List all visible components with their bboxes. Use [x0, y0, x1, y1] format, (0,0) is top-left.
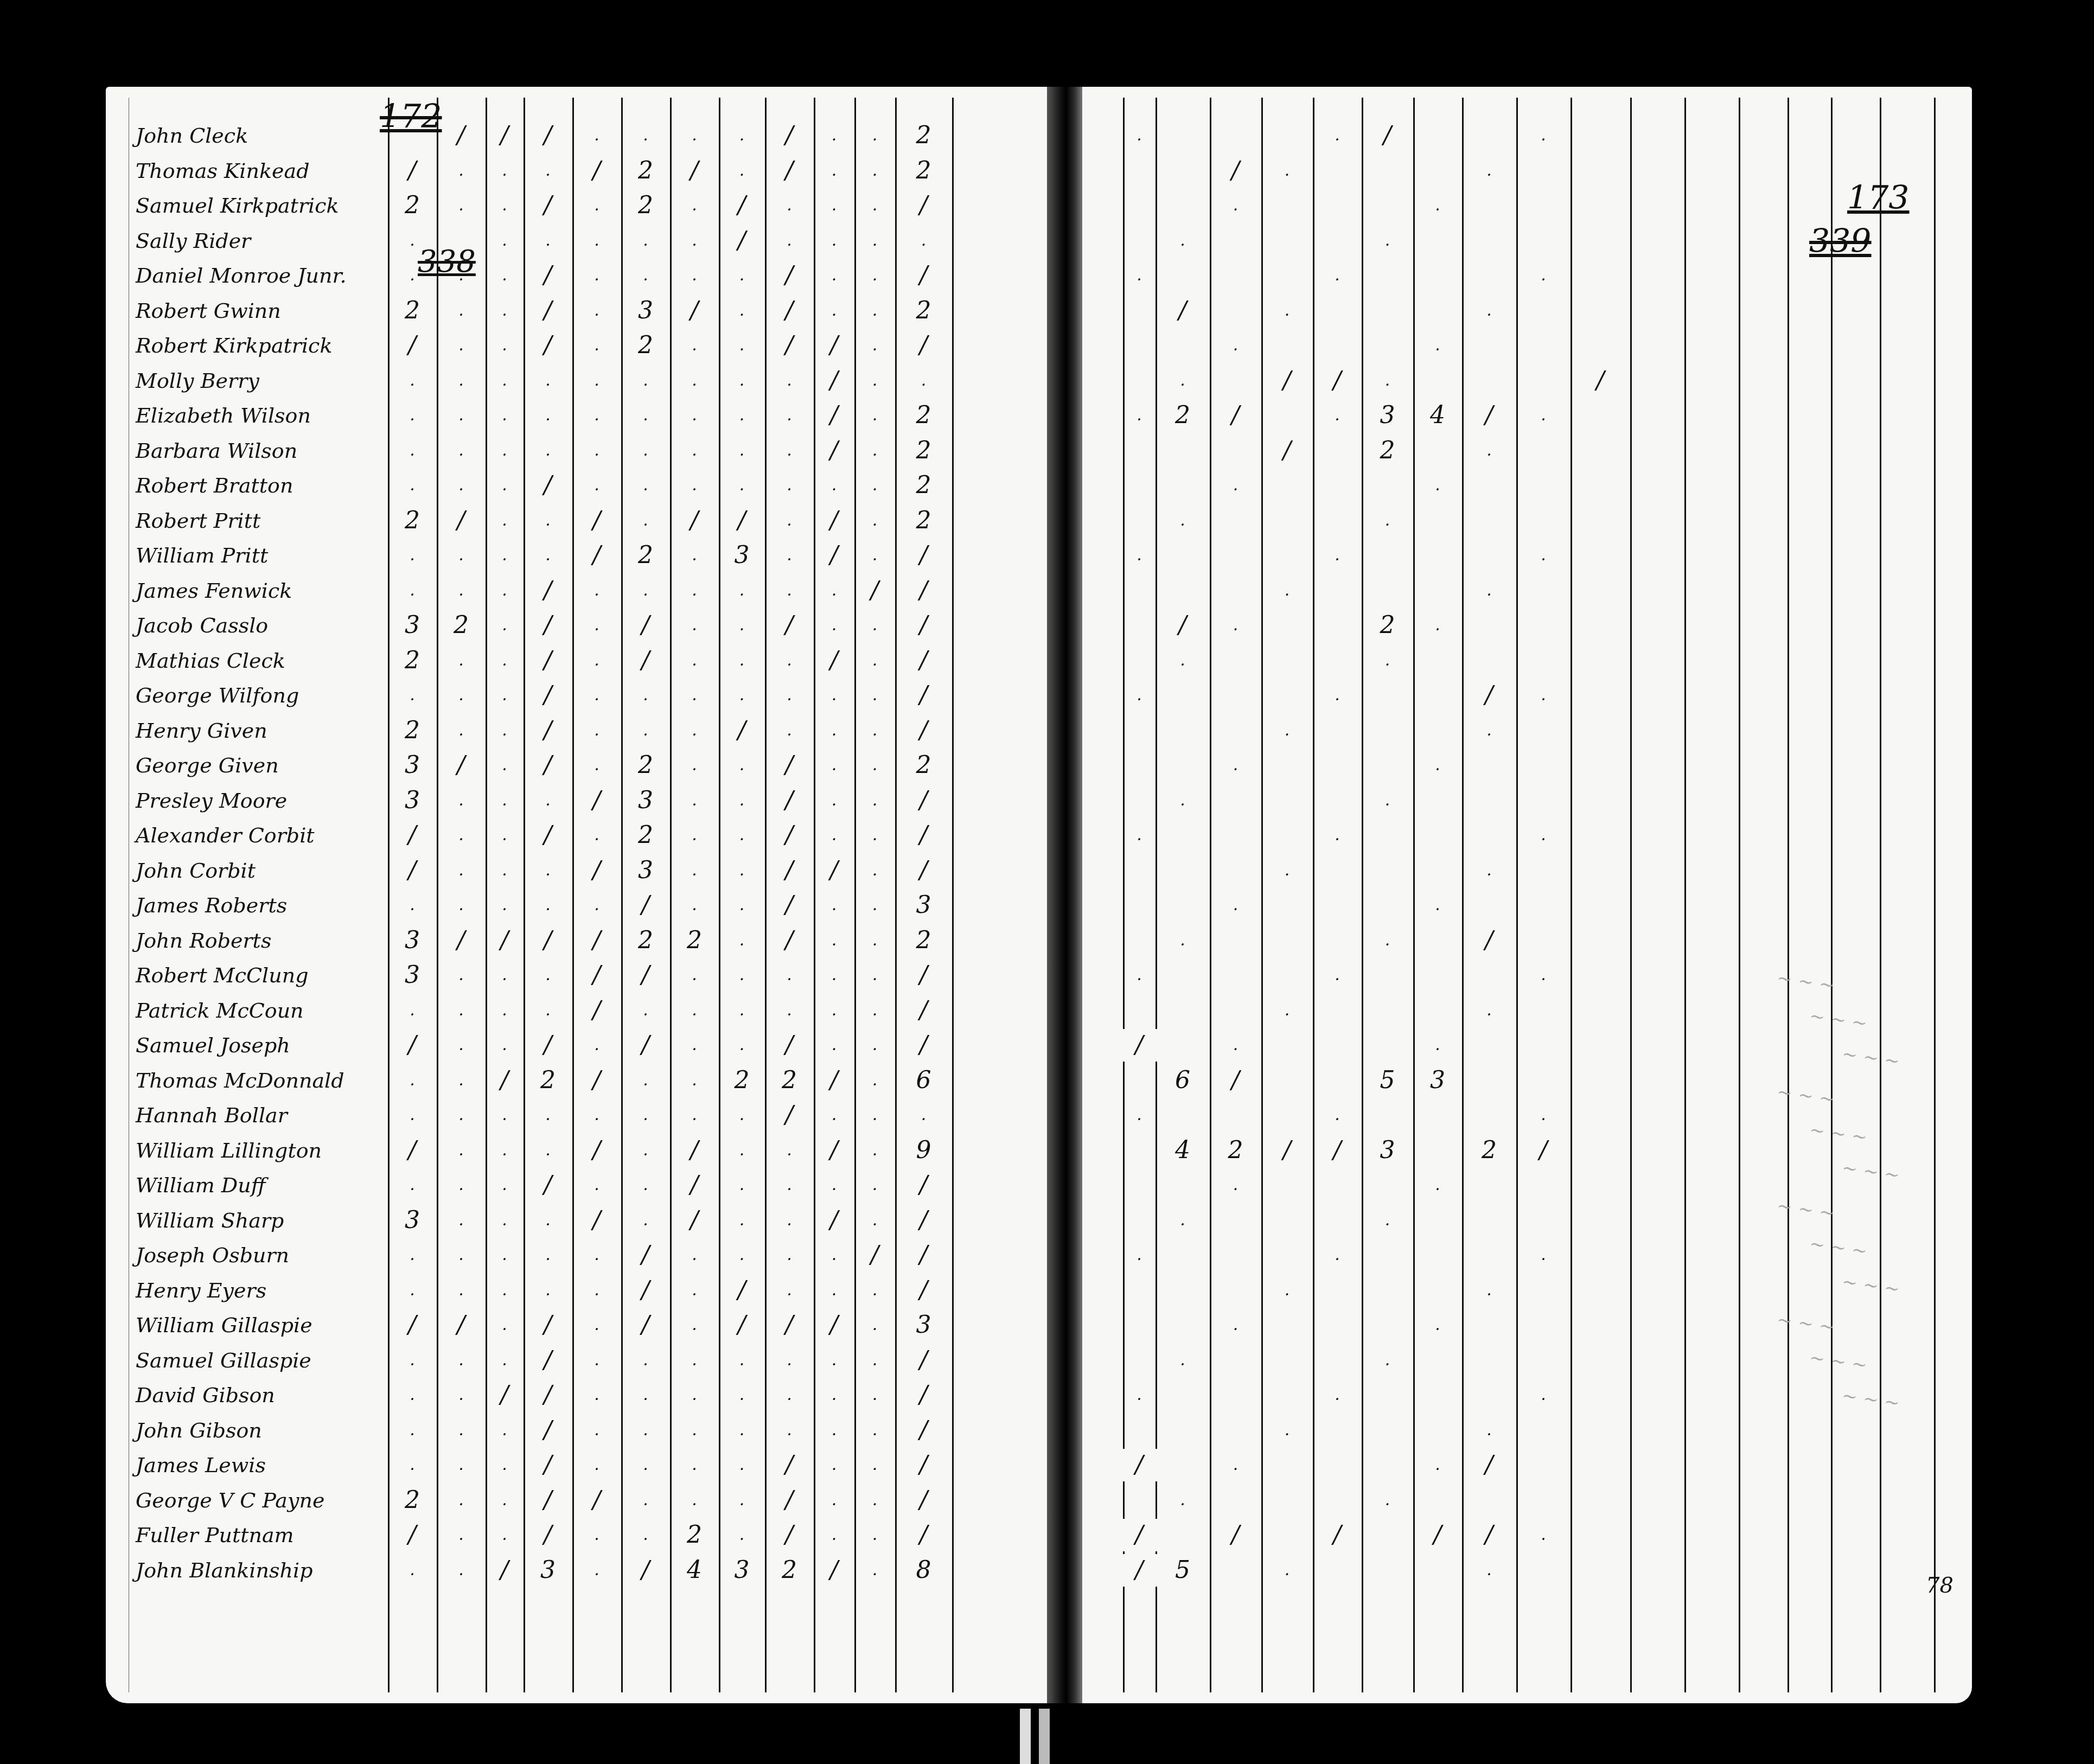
tally-cell: .: [575, 679, 618, 712]
tally-cell: .: [813, 1099, 856, 1132]
tally-cell: /: [902, 1204, 946, 1237]
empty-cell: .: [1467, 295, 1511, 327]
tally-cell: /: [526, 609, 570, 642]
empty-cell: [1214, 504, 1257, 537]
tally-cell: .: [526, 854, 570, 887]
tally-cell: 3: [624, 295, 667, 327]
right-page-number-alt: 339: [1809, 222, 1872, 260]
empty-cell: [1416, 539, 1459, 572]
empty-cell: .: [1522, 1239, 1565, 1271]
tally-cell: /: [624, 1554, 667, 1587]
tally-cell: .: [439, 854, 483, 887]
tally-cell: .: [575, 469, 618, 502]
empty-cell: .: [1118, 819, 1161, 852]
tally-cell: .: [439, 1274, 483, 1307]
tally-cell: .: [853, 784, 897, 817]
tally-cell: /: [526, 119, 570, 152]
table-row: Elizabeth Wilson........./.2: [106, 399, 1047, 432]
tally-cell: /: [1467, 1519, 1511, 1551]
tally-cell: /: [1118, 1449, 1161, 1481]
empty-cell: .: [1266, 1274, 1309, 1307]
empty-cell: .: [1161, 1204, 1204, 1237]
empty-cell: [1118, 854, 1161, 887]
tally-cell: /: [1366, 119, 1409, 152]
table-row: Thomas McDonnald../2/..22/.6: [106, 1064, 1047, 1097]
tally-cell: /: [768, 1029, 811, 1062]
empty-cell: [1467, 1064, 1511, 1097]
household-name: George Wilfong: [136, 679, 407, 712]
tally-cell: /: [902, 1239, 946, 1271]
table-row: Samuel Joseph/.././../../: [106, 1029, 1047, 1062]
bookmark-ribbon: [1039, 1709, 1050, 1764]
table-row: John Blankinship../3./432/.8: [106, 1554, 1047, 1587]
tally-cell: .: [624, 259, 667, 292]
column-rule: [1570, 98, 1572, 1692]
empty-cell: [1161, 679, 1204, 712]
tally-cell: .: [673, 644, 716, 677]
tally-cell: .: [575, 1414, 618, 1447]
tally-cell: .: [483, 889, 526, 922]
tally-cell: /: [575, 155, 618, 187]
tally-cell: /: [391, 854, 434, 887]
tally-cell: /: [902, 1379, 946, 1411]
empty-cell: [1416, 1239, 1459, 1271]
empty-cell: [1214, 1204, 1257, 1237]
tally-cell: .: [526, 539, 570, 572]
household-name: James Fenwick: [136, 574, 407, 607]
tally-cell: .: [853, 1554, 897, 1587]
empty-cell: .: [1266, 714, 1309, 747]
tally-cell: .: [720, 644, 764, 677]
empty-cell: [1522, 225, 1565, 257]
empty-cell: [1467, 1169, 1511, 1201]
empty-cell: [1316, 714, 1359, 747]
empty-cell: [1416, 1484, 1459, 1517]
household-name: Henry Given: [136, 714, 407, 747]
tally-cell: .: [391, 889, 434, 922]
tally-cell: .: [439, 539, 483, 572]
tally-cell: .: [768, 504, 811, 537]
tally-cell: .: [624, 1204, 667, 1237]
tally-cell: .: [439, 644, 483, 677]
tally-cell: .: [853, 504, 897, 537]
tally-cell: /: [813, 1554, 856, 1587]
empty-cell: .: [1214, 1449, 1257, 1481]
empty-cell: [1161, 539, 1204, 572]
empty-cell: .: [1316, 679, 1359, 712]
empty-cell: .: [1161, 1344, 1204, 1377]
empty-cell: .: [1467, 155, 1511, 187]
tally-cell: .: [391, 1554, 434, 1587]
tally-cell: .: [624, 994, 667, 1027]
empty-cell: [1266, 1239, 1309, 1271]
tally-cell: .: [720, 1414, 764, 1447]
empty-cell: [1366, 749, 1409, 782]
empty-cell: [1266, 609, 1309, 642]
tally-cell: .: [853, 994, 897, 1027]
tally-cell: /: [902, 539, 946, 572]
empty-cell: [1316, 1449, 1359, 1481]
tally-cell: .: [853, 1414, 897, 1447]
tally-cell: /: [902, 609, 946, 642]
tally-cell: .: [391, 469, 434, 502]
tally-cell: /: [673, 1134, 716, 1167]
table-row: James Fenwick.../......//: [106, 574, 1047, 607]
tally-cell: .: [526, 504, 570, 537]
tally-cell: .: [624, 504, 667, 537]
empty-cell: [1366, 889, 1409, 922]
tally-cell: /: [673, 1169, 716, 1201]
ink-bleed-through: ~ ~ ~: [1776, 1195, 1836, 1225]
tally-cell: .: [720, 259, 764, 292]
empty-cell: [1266, 399, 1309, 432]
tally-cell: /: [624, 1309, 667, 1341]
tally-cell: 4: [1416, 399, 1459, 432]
table-row: Fuller Puttnam/../..2./../: [106, 1519, 1047, 1551]
household-name: Henry Eyers: [136, 1274, 407, 1307]
empty-cell: [1118, 155, 1161, 187]
tally-cell: /: [902, 259, 946, 292]
tally-cell: .: [391, 1449, 434, 1481]
table-row: Robert Pritt2/.././/./.2: [106, 504, 1047, 537]
tally-cell: .: [439, 1554, 483, 1587]
household-name: Samuel Kirkpatrick: [136, 189, 407, 222]
empty-cell: [1522, 1274, 1565, 1307]
tally-cell: .: [720, 295, 764, 327]
empty-cell: .: [1522, 399, 1565, 432]
tally-cell: .: [391, 539, 434, 572]
tally-cell: /: [768, 295, 811, 327]
empty-cell: [1161, 1309, 1204, 1341]
empty-cell: .: [1161, 504, 1204, 537]
empty-cell: [1214, 574, 1257, 607]
empty-cell: [1522, 854, 1565, 887]
household-name: Robert McClung: [136, 959, 407, 992]
tally-cell: .: [768, 994, 811, 1027]
empty-cell: [1467, 1344, 1511, 1377]
tally-cell: .: [853, 819, 897, 852]
tally-cell: .: [673, 1099, 716, 1132]
ink-bleed-through: ~ ~ ~: [1841, 1385, 1901, 1415]
ink-bleed-through: ~ ~ ~: [1808, 1005, 1869, 1035]
tally-cell: .: [575, 1449, 618, 1481]
tally-cell: .: [391, 679, 434, 712]
empty-cell: .: [1366, 1484, 1409, 1517]
empty-cell: [1266, 784, 1309, 817]
tally-cell: /: [768, 854, 811, 887]
table-row: Mathias Cleck2.././..././: [106, 644, 1047, 677]
tally-cell: 2: [768, 1554, 811, 1587]
tally-cell: .: [853, 1064, 897, 1097]
tally-cell: /: [391, 155, 434, 187]
table-row: William Gillaspie//./././//.3: [106, 1309, 1047, 1341]
tally-cell: .: [673, 434, 716, 467]
tally-cell: .: [439, 189, 483, 222]
tally-cell: .: [439, 1449, 483, 1481]
empty-cell: [1366, 259, 1409, 292]
tally-cell: /: [1118, 1029, 1161, 1062]
tally-cell: .: [673, 119, 716, 152]
empty-cell: [1161, 1379, 1204, 1411]
tally-cell: 2: [624, 924, 667, 957]
tally-cell: .: [853, 1309, 897, 1341]
tally-cell: 3: [526, 1554, 570, 1587]
household-name: Sally Rider: [136, 225, 407, 257]
tally-cell: .: [526, 1134, 570, 1167]
empty-cell: [1522, 504, 1565, 537]
empty-cell: [1366, 155, 1409, 187]
empty-cell: [1467, 469, 1511, 502]
table-row: John Corbit/.../3..//./: [106, 854, 1047, 887]
tally-cell: /: [483, 924, 526, 957]
empty-cell: .: [1522, 819, 1565, 852]
empty-cell: [1316, 1344, 1359, 1377]
empty-cell: [1416, 1274, 1459, 1307]
tally-cell: /: [813, 1309, 856, 1341]
tally-cell: /: [813, 1134, 856, 1167]
tally-cell: .: [720, 609, 764, 642]
tally-cell: .: [673, 854, 716, 887]
ledger-spread: 172 338 John Cleck///..../..2Thomas Kink…: [106, 87, 1972, 1703]
empty-cell: [1316, 1274, 1359, 1307]
tally-cell: 2: [673, 924, 716, 957]
empty-cell: [1118, 504, 1161, 537]
tally-cell: .: [483, 434, 526, 467]
empty-cell: [1522, 714, 1565, 747]
table-row: John Cleck///..../..2: [106, 119, 1047, 152]
empty-cell: [1416, 959, 1459, 992]
empty-cell: .: [1467, 714, 1511, 747]
tally-cell: .: [673, 1309, 716, 1341]
tally-cell: .: [768, 189, 811, 222]
tally-cell: .: [575, 1309, 618, 1341]
empty-cell: [1214, 1274, 1257, 1307]
empty-cell: [1522, 889, 1565, 922]
tally-cell: /: [1266, 1134, 1309, 1167]
empty-cell: .: [1161, 365, 1204, 397]
empty-cell: [1522, 1449, 1565, 1481]
empty-cell: [1416, 295, 1459, 327]
empty-cell: [1161, 1099, 1204, 1132]
tally-cell: /: [813, 329, 856, 362]
tally-cell: .: [575, 609, 618, 642]
tally-cell: .: [813, 749, 856, 782]
empty-cell: .: [1366, 504, 1409, 537]
tally-cell: .: [439, 1099, 483, 1132]
tally-cell: .: [526, 1239, 570, 1271]
tally-cell: .: [391, 1064, 434, 1097]
empty-cell: [1522, 994, 1565, 1027]
tally-cell: 2: [902, 749, 946, 782]
empty-cell: [1266, 889, 1309, 922]
tally-cell: .: [720, 1029, 764, 1062]
tally-cell: .: [673, 365, 716, 397]
tally-cell: /: [720, 189, 764, 222]
tally-cell: .: [624, 119, 667, 152]
empty-cell: [1316, 329, 1359, 362]
tally-cell: .: [526, 994, 570, 1027]
tally-cell: .: [483, 1414, 526, 1447]
tally-cell: .: [673, 1239, 716, 1271]
empty-cell: .: [1467, 854, 1511, 887]
tally-cell: .: [624, 1484, 667, 1517]
empty-cell: [1366, 1274, 1409, 1307]
empty-cell: [1214, 819, 1257, 852]
tally-cell: .: [673, 225, 716, 257]
empty-cell: [1416, 784, 1459, 817]
table-row: James Roberts...../../..3: [106, 889, 1047, 922]
tally-cell: /: [526, 1414, 570, 1447]
tally-cell: .: [673, 889, 716, 922]
tally-cell: .: [483, 469, 526, 502]
tally-cell: 2: [391, 295, 434, 327]
household-name: James Roberts: [136, 889, 407, 922]
empty-cell: [1467, 609, 1511, 642]
tally-cell: .: [720, 1449, 764, 1481]
tally-cell: /: [526, 189, 570, 222]
tally-cell: .: [720, 679, 764, 712]
tally-cell: .: [483, 679, 526, 712]
empty-cell: [1366, 1309, 1409, 1341]
household-name: Elizabeth Wilson: [136, 399, 407, 432]
empty-cell: [1161, 574, 1204, 607]
tally-cell: .: [526, 784, 570, 817]
ink-bleed-through: ~ ~ ~: [1808, 1347, 1869, 1377]
tally-cell: .: [853, 714, 897, 747]
tally-cell: 8: [902, 1554, 946, 1587]
empty-cell: [1118, 574, 1161, 607]
tally-cell: .: [483, 329, 526, 362]
empty-cell: [1161, 1449, 1204, 1481]
empty-cell: [1266, 329, 1309, 362]
tally-cell: .: [813, 959, 856, 992]
tally-cell: .: [624, 1414, 667, 1447]
tally-cell: .: [673, 539, 716, 572]
empty-cell: [1118, 714, 1161, 747]
tally-cell: 3: [624, 854, 667, 887]
empty-cell: .: [1522, 539, 1565, 572]
tally-cell: .: [720, 854, 764, 887]
empty-cell: [1266, 1344, 1309, 1377]
household-name: David Gibson: [136, 1379, 407, 1411]
tally-cell: .: [720, 889, 764, 922]
empty-cell: [1366, 1414, 1409, 1447]
empty-cell: [1522, 1414, 1565, 1447]
tally-cell: 2: [391, 644, 434, 677]
empty-cell: .: [1161, 644, 1204, 677]
empty-cell: [1266, 749, 1309, 782]
empty-cell: [1161, 469, 1204, 502]
tally-cell: .: [483, 189, 526, 222]
tally-cell: .: [391, 1344, 434, 1377]
tally-cell: .: [483, 1274, 526, 1307]
household-name: John Roberts: [136, 924, 407, 957]
tally-cell: /: [575, 784, 618, 817]
empty-cell: .: [1467, 574, 1511, 607]
tally-cell: 2: [1366, 434, 1409, 467]
household-name: John Corbit: [136, 854, 407, 887]
household-name: James Lewis: [136, 1449, 407, 1481]
household-name: Robert Pritt: [136, 504, 407, 537]
tally-cell: .: [575, 365, 618, 397]
empty-cell: .: [1522, 1099, 1565, 1132]
empty-cell: [1214, 1344, 1257, 1377]
empty-cell: [1416, 1414, 1459, 1447]
tally-cell: .: [768, 959, 811, 992]
tally-cell: .: [624, 365, 667, 397]
empty-cell: [1266, 469, 1309, 502]
tally-cell: .: [673, 1029, 716, 1062]
household-name: Jacob Casslo: [136, 609, 407, 642]
household-name: William Duff: [136, 1169, 407, 1201]
empty-cell: [1467, 1204, 1511, 1237]
tally-cell: /: [526, 1029, 570, 1062]
tally-cell: .: [720, 1239, 764, 1271]
empty-cell: [1316, 574, 1359, 607]
table-row: John Gibson.../......./: [106, 1414, 1047, 1447]
empty-cell: [1416, 259, 1459, 292]
tally-cell: /: [902, 1169, 946, 1201]
tally-cell: /: [575, 1134, 618, 1167]
empty-cell: .: [1467, 994, 1511, 1027]
tally-cell: .: [624, 1169, 667, 1201]
empty-cell: .: [1316, 539, 1359, 572]
empty-cell: [1118, 1134, 1161, 1167]
empty-cell: [1161, 1519, 1204, 1551]
tally-cell: .: [483, 609, 526, 642]
empty-cell: [1316, 155, 1359, 187]
ink-bleed-through: ~ ~ ~: [1808, 1119, 1869, 1149]
tally-cell: /: [902, 1274, 946, 1307]
tally-cell: .: [575, 189, 618, 222]
tally-cell: /: [439, 119, 483, 152]
tally-cell: .: [720, 1519, 764, 1551]
empty-cell: [1416, 1379, 1459, 1411]
column-rule: [1831, 98, 1833, 1692]
tally-cell: /: [768, 1309, 811, 1341]
tally-cell: 2: [1366, 609, 1409, 642]
tally-cell: .: [673, 469, 716, 502]
table-row: James Lewis.../..../../: [106, 1449, 1047, 1481]
empty-cell: .: [1266, 854, 1309, 887]
tally-cell: .: [575, 1169, 618, 1201]
empty-cell: [1214, 119, 1257, 152]
empty-cell: [1316, 434, 1359, 467]
empty-cell: [1161, 1169, 1204, 1201]
tally-cell: 2: [1161, 399, 1204, 432]
tally-cell: /: [1416, 1519, 1459, 1551]
table-row: Samuel Gillaspie.../......./: [106, 1344, 1047, 1377]
tally-cell: .: [720, 994, 764, 1027]
tally-cell: .: [853, 189, 897, 222]
table-row: Molly Berry........./..: [106, 365, 1047, 397]
tally-cell: /: [439, 1309, 483, 1341]
empty-cell: [1467, 749, 1511, 782]
empty-cell: .: [1416, 889, 1459, 922]
empty-cell: [1118, 1309, 1161, 1341]
tally-cell: /: [768, 784, 811, 817]
empty-cell: [1522, 469, 1565, 502]
tally-cell: .: [720, 1169, 764, 1201]
table-row: Joseph Osburn...../....//: [106, 1239, 1047, 1271]
empty-cell: [1416, 679, 1459, 712]
empty-cell: [1214, 644, 1257, 677]
tally-cell: .: [526, 889, 570, 922]
column-rule: [1787, 98, 1789, 1692]
tally-cell: .: [813, 784, 856, 817]
tally-cell: .: [768, 1414, 811, 1447]
tally-cell: 3: [1366, 1134, 1409, 1167]
